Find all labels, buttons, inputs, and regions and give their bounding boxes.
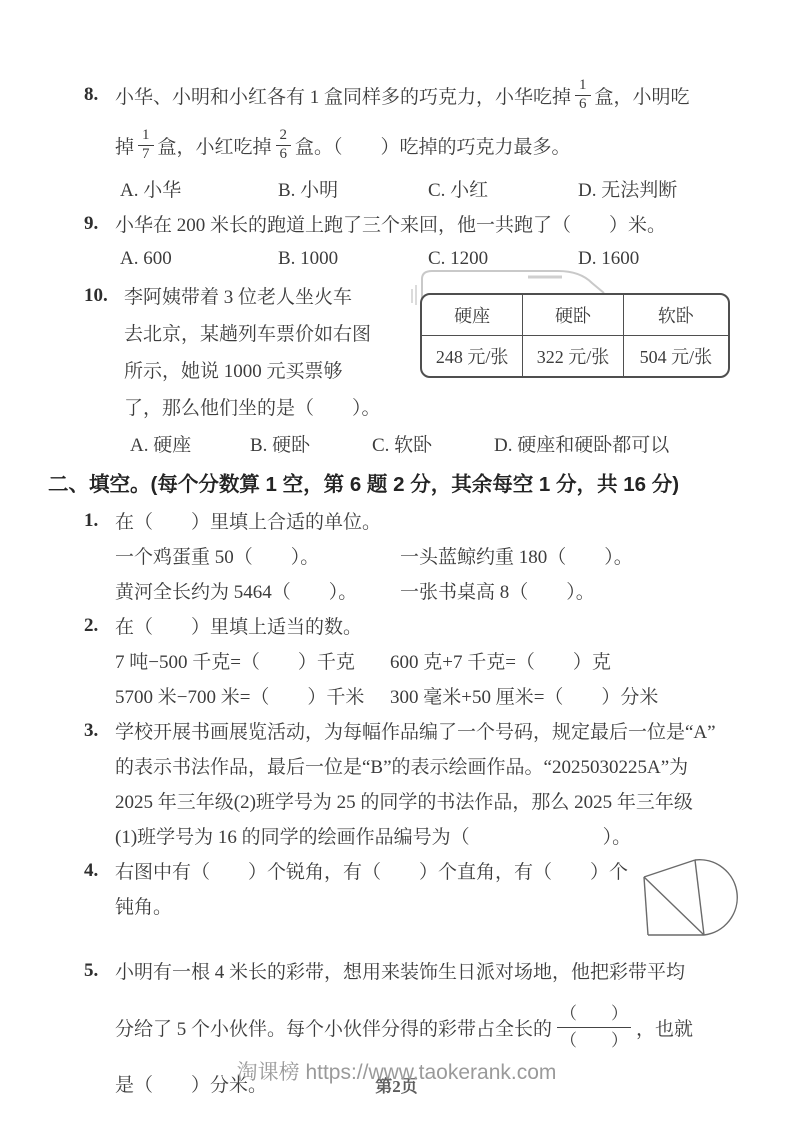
q8-text: 盒。（ ）吃掉的巧克力最多。 — [295, 132, 571, 159]
fraction-denominator: 7 — [142, 146, 150, 163]
option-b: B. 小明 — [278, 175, 428, 202]
f3-text: 2025 年三年级(2)班学号为 25 的同学的书法作品，那么 2025 年三年… — [115, 787, 693, 814]
f2-title-line: 2. 在（ ）里填上适当的数。 — [84, 608, 746, 643]
f5-text: ，也就 — [636, 1014, 693, 1041]
watermark: 淘课榜 https://www.taokerank.com — [0, 1056, 793, 1086]
fraction-denominator: 6 — [579, 96, 587, 113]
fare-price-hard-seat: 248 元/张 — [422, 335, 522, 376]
f2-title: 在（ ）里填上适当的数。 — [115, 612, 362, 639]
option-b: B. 1000 — [278, 248, 428, 270]
f2-conv-tons: 7 吨−500 千克=（ ）千克 — [115, 647, 390, 674]
f5-number: 5. — [84, 960, 115, 982]
option-d: D. 硬座和硬卧都可以 — [494, 430, 669, 457]
q10-line3: 所示，她说 1000 元买票够 — [84, 351, 416, 388]
blank-fraction-numerator: （ ） — [557, 1004, 631, 1028]
scanned-worksheet: { "q8": { "number": "8.", "line1_pre": "… — [0, 0, 793, 1122]
q10-block: 10. 李阿姨带着 3 位老人坐火车 去北京，某趟列车票价如右图 所示，她说 1… — [84, 277, 746, 425]
f2-row1: 7 吨−500 千克=（ ）千克 600 克+7 千克=（ ）克 — [84, 643, 746, 678]
blank-fraction-denominator: （ ） — [560, 1028, 628, 1051]
angles-figure — [638, 855, 746, 953]
option-a: A. 600 — [120, 248, 278, 270]
q10-text: 了，那么他们坐的是（ ）。 — [124, 393, 381, 420]
q10-text: 去北京，某趟列车票价如右图 — [124, 319, 371, 346]
fraction-denominator: 6 — [280, 146, 288, 163]
f3-line4: (1)班学号为 16 的同学的绘画作品编号为（ ）。 — [84, 818, 746, 853]
q8-line1: 8. 小华、小明和小红各有 1 盒同样多的巧克力，小华吃掉 1 6 盒，小明吃 — [84, 70, 746, 120]
q8-line2: 掉 1 7 盒，小红吃掉 2 6 盒。（ ）吃掉的巧克力最多。 — [84, 120, 746, 170]
fare-price-hard-sleeper: 322 元/张 — [522, 335, 622, 376]
f1-row2: 黄河全长约为 5464（ ）。 一张书桌高 8（ ）。 — [84, 573, 746, 608]
f5-text: 分给了 5 个小伙伴。每个小伙伴分得的彩带占全长的 — [115, 1014, 552, 1041]
fraction-2-6: 2 6 — [276, 128, 292, 163]
fraction-1-6: 1 6 — [575, 78, 591, 113]
f5-line2: 分给了 5 个小伙伴。每个小伙伴分得的彩带占全长的 （ ） （ ） ，也就 — [84, 988, 746, 1066]
q10-line4: 了，那么他们坐的是（ ）。 — [84, 388, 416, 425]
f4-text: 钝角。 — [115, 892, 172, 919]
fare-price-soft-sleeper: 504 元/张 — [623, 335, 728, 376]
q9-text: 小华在 200 米长的跑道上跑了三个来回，他一共跑了（ ）米。 — [115, 210, 666, 237]
f2-conv-grams: 600 克+7 千克=（ ）克 — [390, 647, 611, 674]
section-heading-fill-in: 二、填空。(每个分数算 1 空，第 6 题 2 分，其余每空 1 分，共 16 … — [48, 461, 746, 503]
worksheet-content: 8. 小华、小明和小红各有 1 盒同样多的巧克力，小华吃掉 1 6 盒，小明吃 … — [84, 70, 746, 1101]
f2-number: 2. — [84, 615, 115, 637]
q8-text: 掉 — [115, 132, 134, 159]
option-d: D. 无法判断 — [578, 175, 677, 202]
f3-number: 3. — [84, 720, 115, 742]
f1-number: 1. — [84, 510, 115, 532]
q10-text: 所示，她说 1000 元买票够 — [124, 356, 343, 383]
q10-options: A. 硬座 B. 硬卧 C. 软卧 D. 硬座和硬卧都可以 — [84, 425, 746, 461]
option-c: C. 小红 — [428, 175, 578, 202]
q8-text: 小华、小明和小红各有 1 盒同样多的巧克力，小华吃掉 — [115, 82, 571, 109]
fare-header-hard-seat: 硬座 — [422, 295, 522, 335]
f3-line1: 3. 学校开展书画展览活动，为每幅作品编了一个号码，规定最后一位是“A” — [84, 713, 746, 748]
option-b: B. 硬卧 — [250, 430, 372, 457]
f1-title: 在（ ）里填上合适的单位。 — [115, 507, 381, 534]
f1-blank-desk: 一张书桌高 8（ ）。 — [400, 577, 595, 604]
fraction-numerator: 1 — [138, 128, 154, 146]
option-a: A. 小华 — [120, 175, 278, 202]
q8-text: 盒，小明吃 — [595, 82, 690, 109]
f2-conv-mm-cm: 300 毫米+50 厘米=（ ）分米 — [390, 682, 658, 709]
fare-header-hard-sleeper: 硬卧 — [522, 295, 622, 335]
fraction-1-7: 1 7 — [138, 128, 154, 163]
f5-text: 小明有一根 4 米长的彩带，想用来装饰生日派对场地，他把彩带平均 — [115, 957, 685, 984]
f4-text: 右图中有（ ）个锐角，有（ ）个直角，有（ ）个 — [115, 857, 628, 884]
f4-block: 4. 右图中有（ ）个锐角，有（ ）个直角，有（ ）个 钝角。 — [84, 853, 746, 953]
f1-title-line: 1. 在（ ）里填上合适的单位。 — [84, 503, 746, 538]
f2-conv-meters: 5700 米−700 米=（ ）千米 — [115, 682, 390, 709]
f3-line3: 2025 年三年级(2)班学号为 25 的同学的书法作品，那么 2025 年三年… — [84, 783, 746, 818]
f1-blank-egg: 一个鸡蛋重 50（ ）。 — [115, 542, 400, 569]
f4-number: 4. — [84, 860, 115, 882]
f4-text-column: 4. 右图中有（ ）个锐角，有（ ）个直角，有（ ）个 钝角。 — [84, 853, 632, 923]
f3-line2: 的表示书法作品，最后一位是“B”的表示绘画作品。“2025030225A”为 — [84, 748, 746, 783]
q8-text: 盒，小红吃掉 — [158, 132, 272, 159]
q10-number: 10. — [84, 285, 124, 307]
fare-table: 硬座 硬卧 软卧 248 元/张 322 元/张 504 元/张 — [420, 293, 730, 378]
f4-line2: 钝角。 — [84, 888, 632, 923]
q10-text-column: 10. 李阿姨带着 3 位老人坐火车 去北京，某趟列车票价如右图 所示，她说 1… — [84, 277, 416, 425]
fare-header-soft-sleeper: 软卧 — [623, 295, 728, 335]
f5-line1: 5. 小明有一根 4 米长的彩带，想用来装饰生日派对场地，他把彩带平均 — [84, 953, 746, 988]
f3-text: (1)班学号为 16 的同学的绘画作品编号为（ ）。 — [115, 822, 631, 849]
fare-table-area: 硬座 硬卧 软卧 248 元/张 322 元/张 504 元/张 — [420, 293, 730, 378]
f1-blank-whale: 一头蓝鲸约重 180（ ）。 — [400, 542, 633, 569]
q10-line1: 10. 李阿姨带着 3 位老人坐火车 — [84, 277, 416, 314]
q8-options: A. 小华 B. 小明 C. 小红 D. 无法判断 — [84, 170, 746, 206]
fraction-numerator: 2 — [276, 128, 292, 146]
q9-line: 9. 小华在 200 米长的跑道上跑了三个来回，他一共跑了（ ）米。 — [84, 206, 746, 241]
fraction-numerator: 1 — [575, 78, 591, 96]
f3-text: 的表示书法作品，最后一位是“B”的表示绘画作品。“2025030225A”为 — [115, 752, 688, 779]
option-a: A. 硬座 — [130, 430, 250, 457]
q8-number: 8. — [84, 84, 115, 106]
q10-line2: 去北京，某趟列车票价如右图 — [84, 314, 416, 351]
f3-text: 学校开展书画展览活动，为每幅作品编了一个号码，规定最后一位是“A” — [115, 717, 716, 744]
option-c: C. 软卧 — [372, 430, 494, 457]
f1-blank-river: 黄河全长约为 5464（ ）。 — [115, 577, 400, 604]
f4-line1: 4. 右图中有（ ）个锐角，有（ ）个直角，有（ ）个 — [84, 853, 632, 888]
q9-number: 9. — [84, 213, 115, 235]
f1-row1: 一个鸡蛋重 50（ ）。 一头蓝鲸约重 180（ ）。 — [84, 538, 746, 573]
f2-row2: 5700 米−700 米=（ ）千米 300 毫米+50 厘米=（ ）分米 — [84, 678, 746, 713]
q10-text: 李阿姨带着 3 位老人坐火车 — [124, 282, 352, 309]
blank-fraction: （ ） （ ） — [557, 1004, 631, 1050]
